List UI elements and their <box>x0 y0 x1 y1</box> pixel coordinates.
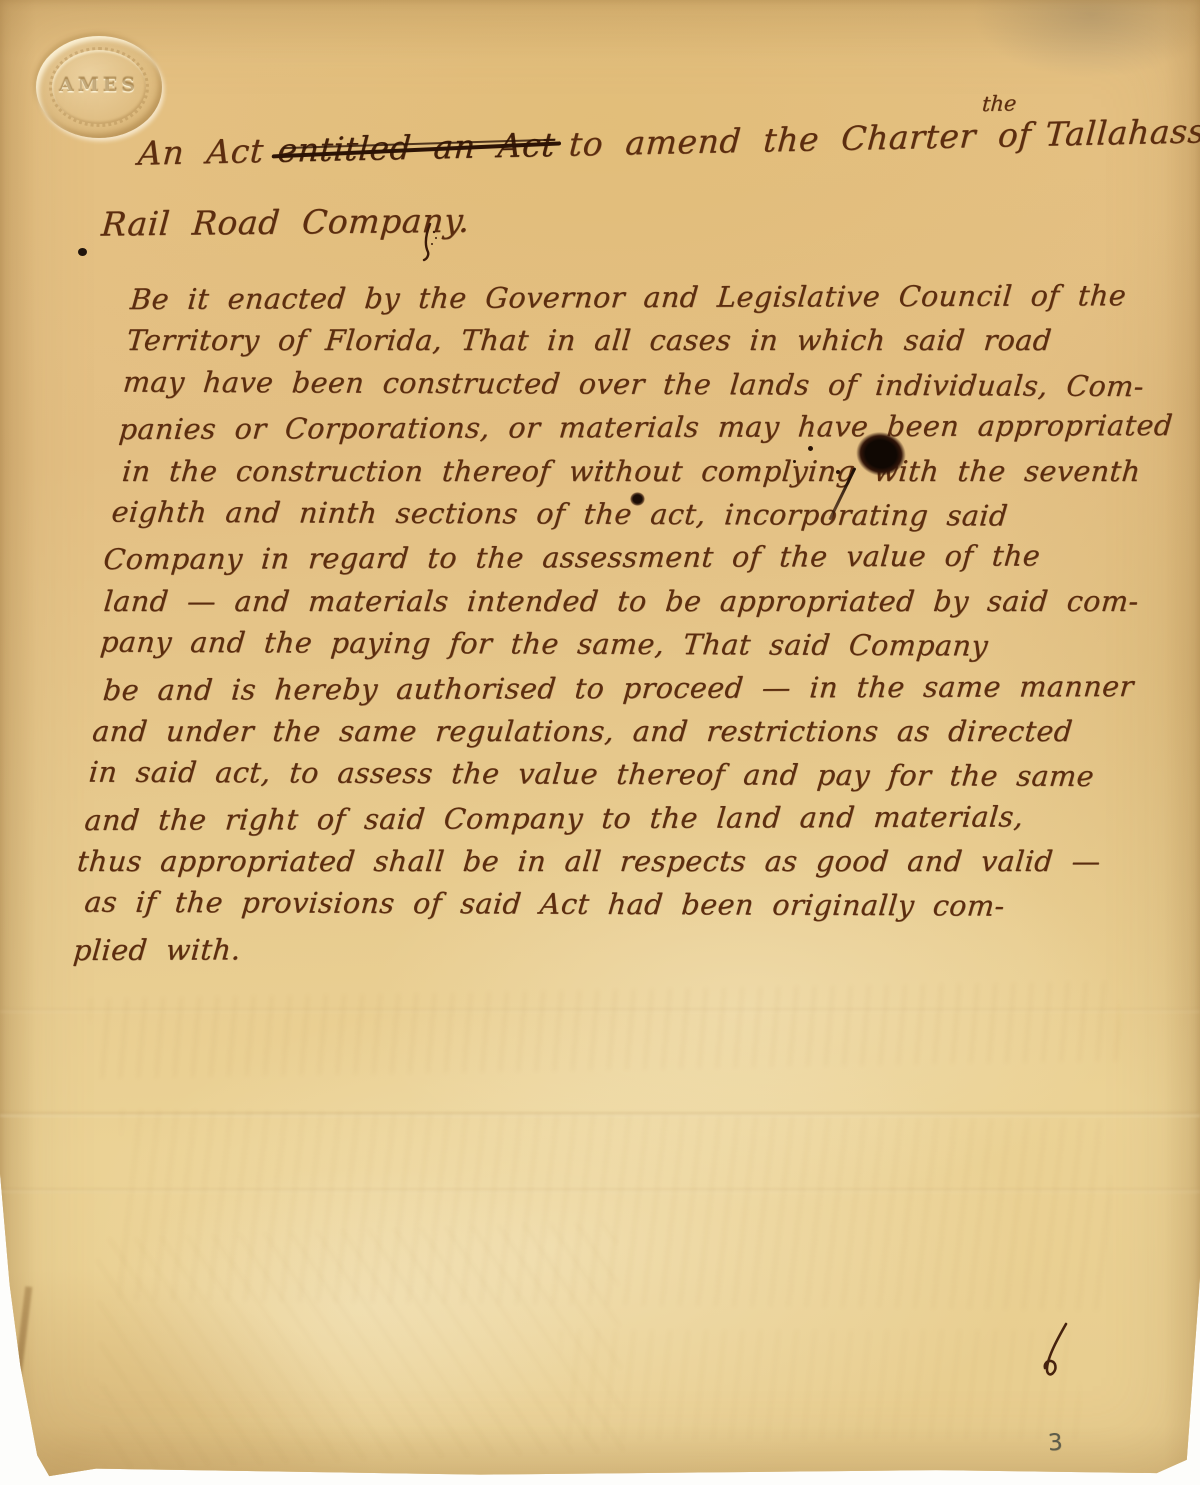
manuscript-line: and under the same regulations, and rest… <box>91 710 1170 753</box>
inserted-word: the <box>981 91 1017 116</box>
manuscript-line: Territory of Florida, That in all cases … <box>125 319 1200 362</box>
title-pre: An Act <box>137 131 265 173</box>
manuscript-line: and the right of said Company to the lan… <box>83 795 1162 843</box>
manuscript-line: be and is hereby authorised to proceed —… <box>101 664 1173 711</box>
bleed-through-smudge <box>96 1221 624 1469</box>
embossed-seal: AMES <box>36 36 162 138</box>
ink-speck <box>600 466 603 469</box>
paper-crease <box>0 1112 1200 1117</box>
manuscript-line: Be it enacted by the Governor and Legisl… <box>128 274 1200 322</box>
manuscript-line: pany and the paying for the same, That s… <box>98 621 1177 669</box>
title-tail: Tallahassee <box>1044 111 1200 154</box>
manuscript-line: eighth and ninth sections of the act, in… <box>110 491 1189 539</box>
title-struck-text: entitled an Act <box>276 125 556 170</box>
bleed-through-smudge <box>119 1110 1111 1310</box>
torn-edge-shadow <box>3 1286 33 1471</box>
manuscript-line: in the construction thereof without comp… <box>120 450 1192 493</box>
ink-squiggle <box>416 222 442 262</box>
ink-flourish <box>1040 1320 1074 1380</box>
ink-speck <box>793 460 796 463</box>
manuscript-body: Be it enacted by the Governor and Legisl… <box>72 276 1200 970</box>
manuscript-paper: AMES An Actentitled an Actto amend the C… <box>0 0 1200 1485</box>
manuscript-line: Company in regard to the assessment of t… <box>102 534 1185 582</box>
manuscript-line: in said act, to assess the value thereof… <box>87 751 1166 799</box>
paper-crease <box>0 1188 1200 1193</box>
paper-crease <box>0 1008 1200 1013</box>
bleed-through-smudge <box>560 1330 1080 1440</box>
manuscript-line: thus appropriated shall be in all respec… <box>75 840 1158 883</box>
document-scan: AMES An Actentitled an Actto amend the C… <box>0 0 1200 1485</box>
seal-label: AMES <box>36 74 162 96</box>
manuscript-line: may have been constructed over the lands… <box>121 360 1200 408</box>
manuscript-line: plied with. <box>72 925 1151 973</box>
manuscript-line: panies or Corporations, or materials may… <box>117 404 1196 452</box>
ink-speck <box>836 470 840 474</box>
page-number: 3 <box>1047 1430 1063 1457</box>
document-title: An Actentitled an Actto amend the Charte… <box>137 110 1200 173</box>
manuscript-line: as if the provisions of said Act had bee… <box>83 881 1155 929</box>
ink-dot <box>78 248 87 256</box>
title-mid: to amend the Charter of <box>568 115 1033 164</box>
manuscript-line: land — and materials intended to be appr… <box>102 580 1181 623</box>
bleed-through-smudge <box>89 981 1120 1079</box>
ink-speck <box>808 446 813 451</box>
